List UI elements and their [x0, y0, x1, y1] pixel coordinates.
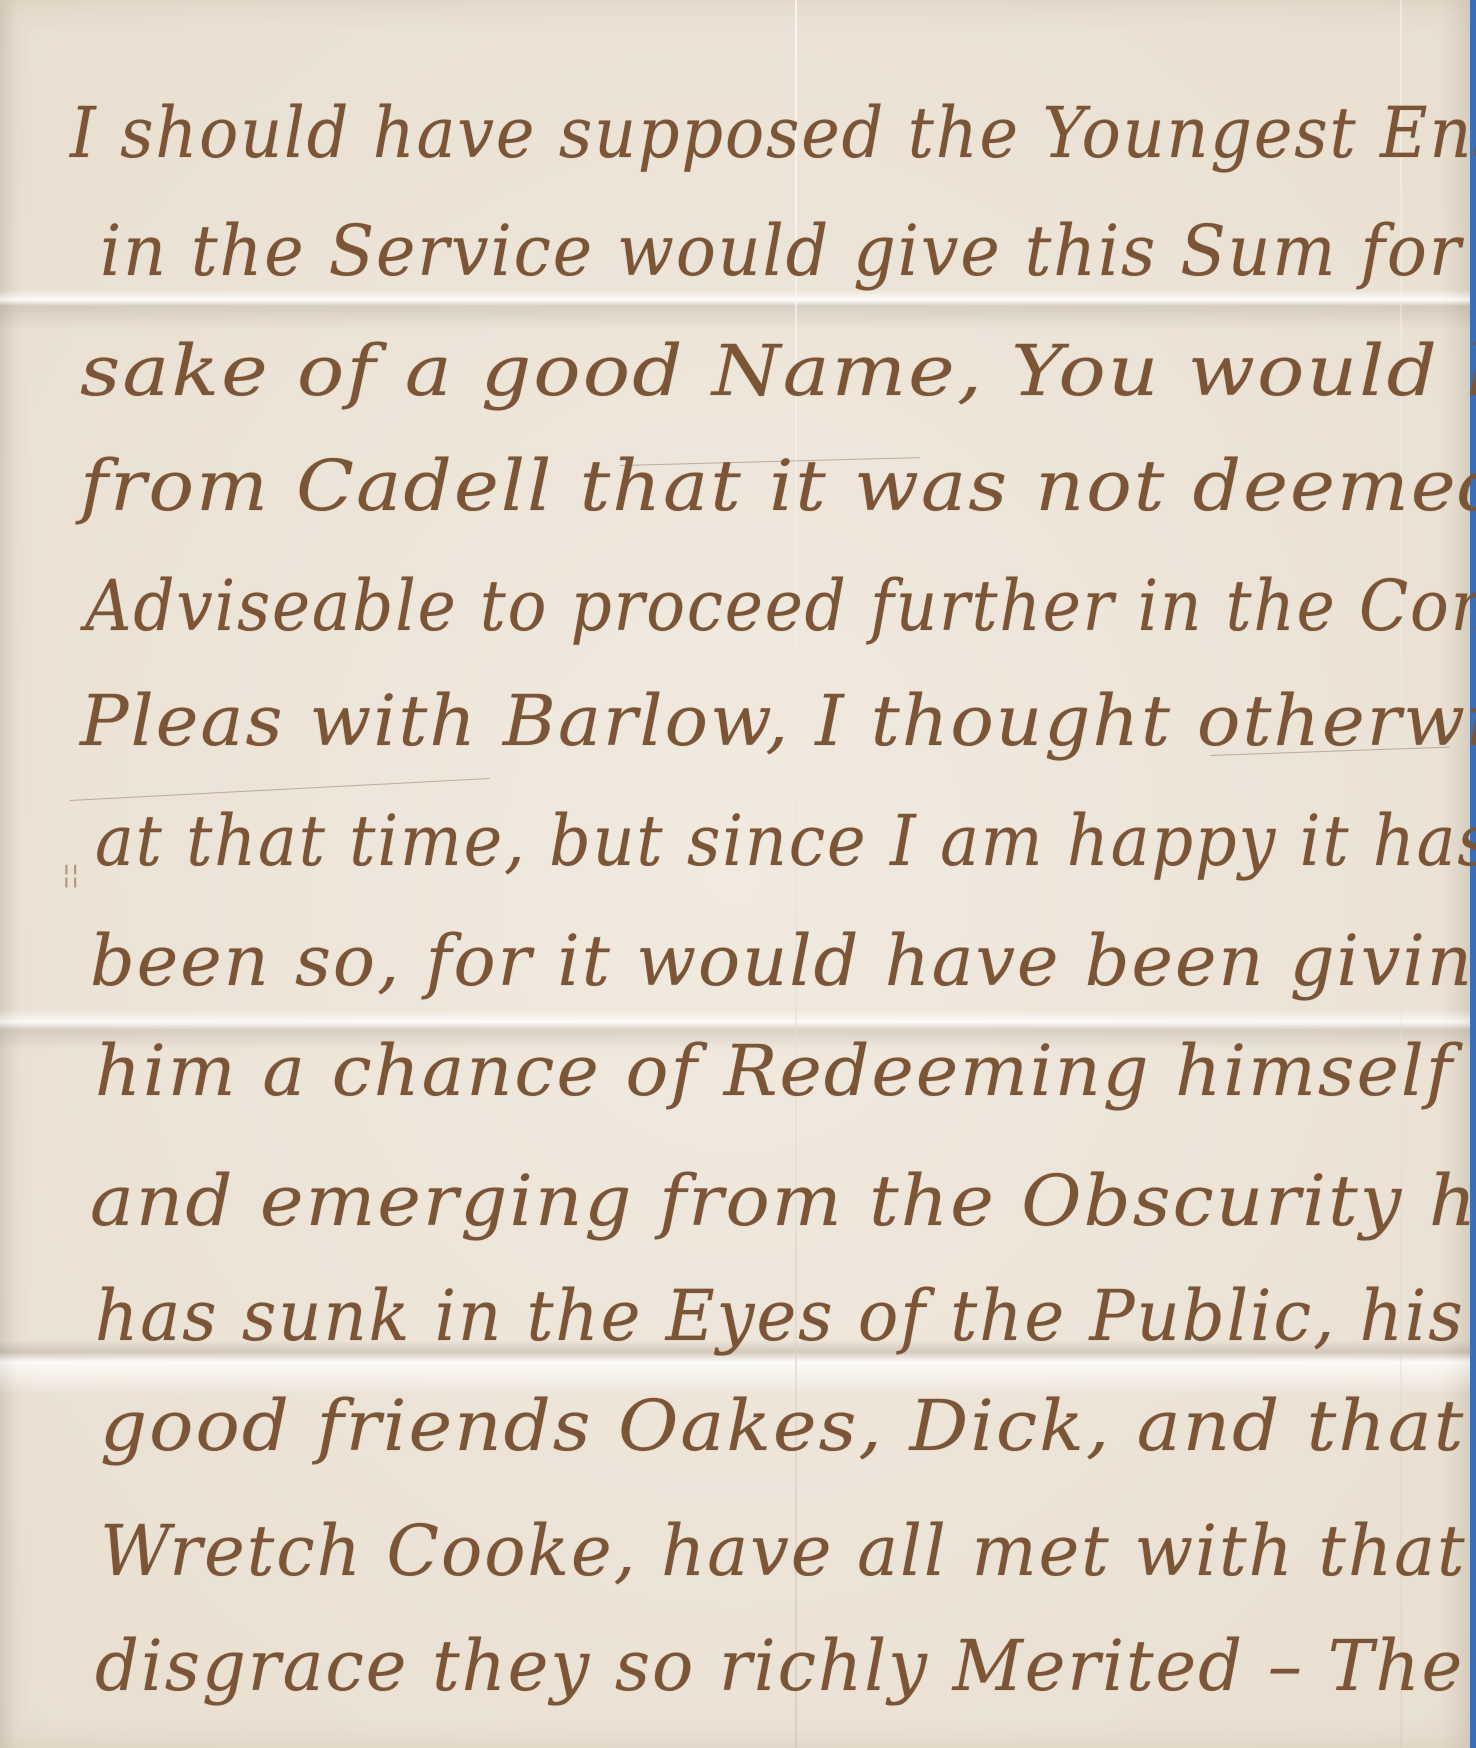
letter-line-3: sake of a good Name, You would hear: [80, 330, 1476, 412]
letter-line-4: from Cadell that it was not deemed —: [80, 445, 1476, 527]
letter-line-11: has sunk in the Eyes of the Public, his: [95, 1275, 1465, 1357]
letter-line-1: I should have supposed the Youngest Ensi…: [70, 92, 1476, 174]
letter-line-12: good friends Oakes, Dick, and that: [100, 1385, 1465, 1467]
letter-line-14: disgrace they so richly Merited – The: [95, 1625, 1464, 1707]
letter-line-9: him a chance of Redeeming himself: [95, 1030, 1454, 1112]
ruled-stroke: [70, 778, 489, 801]
letter-line-13: Wretch Cooke, have all met with that: [100, 1510, 1467, 1592]
letter-line-2: in the Service would give this Sum for t…: [100, 210, 1476, 292]
letter-line-6: Pleas with Barlow, I thought otherwise: [80, 680, 1476, 762]
letter-page: I should have supposed the Youngest Ensi…: [0, 0, 1470, 1748]
margin-mark: ¦¦: [62, 860, 80, 890]
letter-line-7: at that time, but since I am happy it ha…: [95, 800, 1476, 882]
letter-line-8: been so, for it would have been giving: [90, 920, 1476, 1002]
letter-line-10: and emerging from the Obscurity he: [90, 1160, 1476, 1242]
letter-line-5: Adviseable to proceed further in the Com…: [85, 565, 1476, 647]
